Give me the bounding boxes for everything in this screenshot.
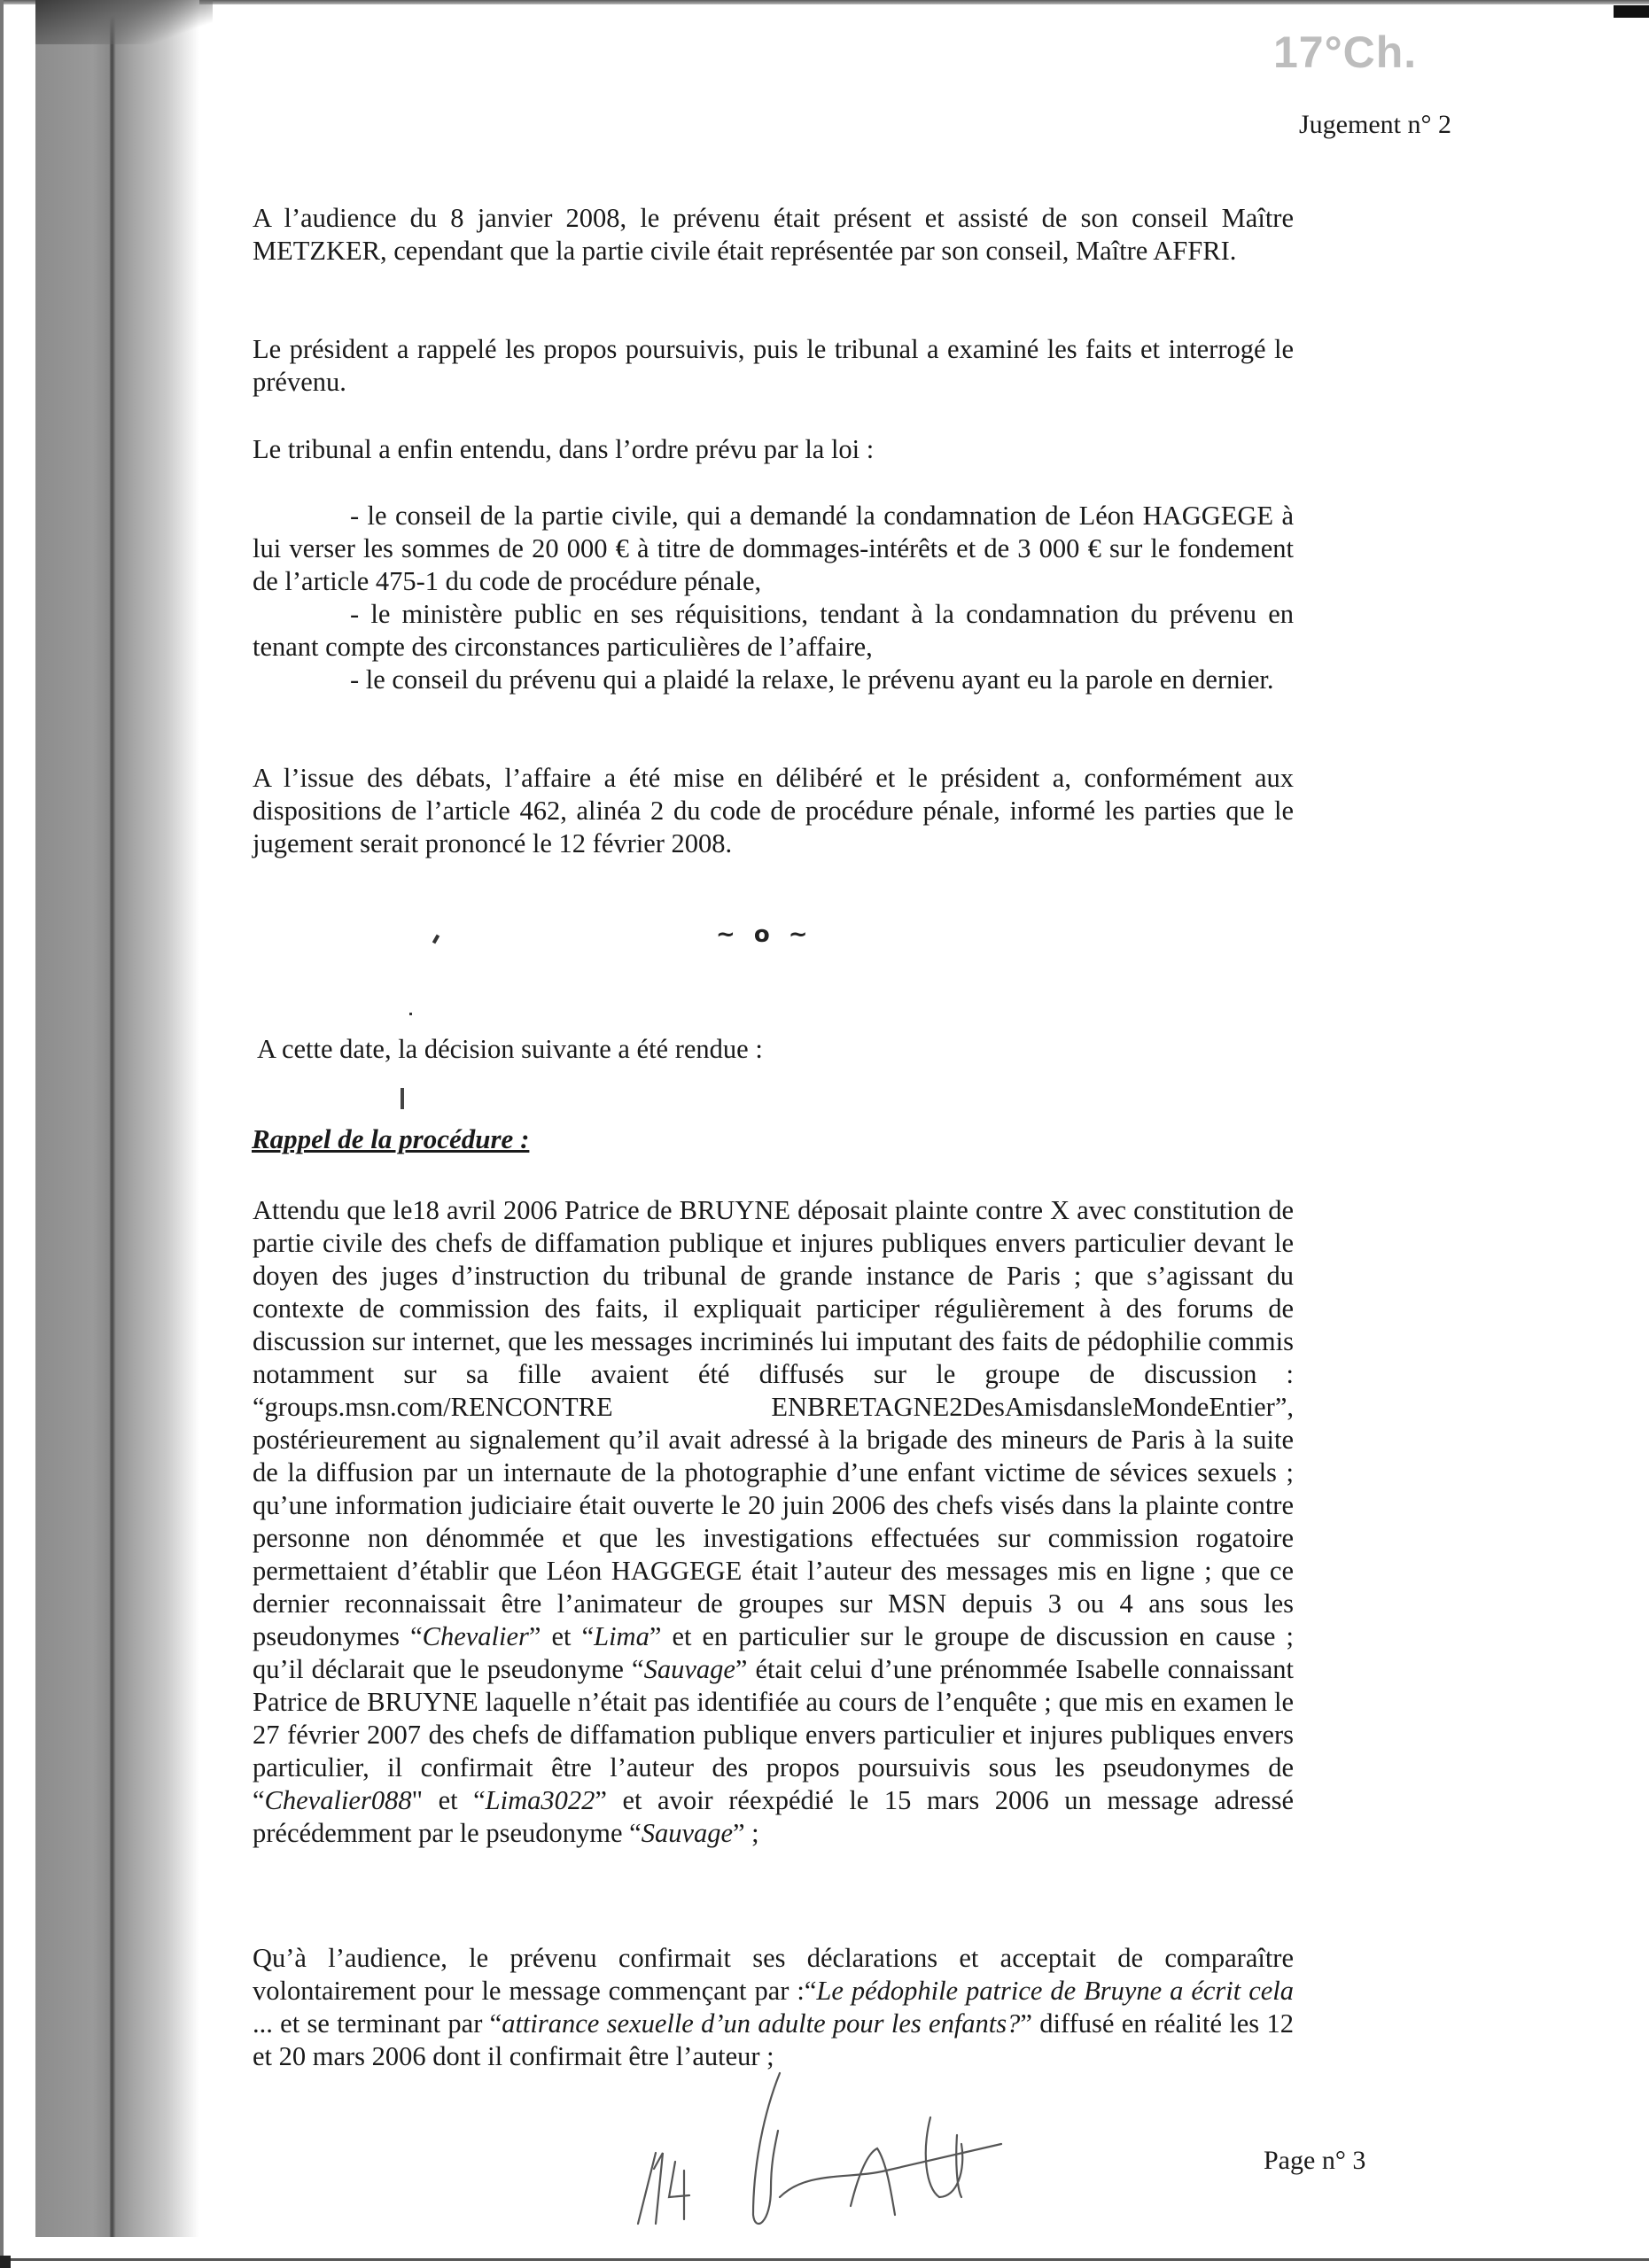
scan-speck	[401, 1088, 404, 1109]
handwritten-signature: 14	[620, 2064, 1170, 2241]
paragraph-president: Le président a rappelé les propos poursu…	[253, 333, 1294, 399]
paragraph-decision: A cette date, la décision suivante a été…	[257, 1033, 1298, 1066]
paragraph-text: Qu’à l’audience, le prévenu confirmait s…	[253, 1942, 1294, 2073]
paragraph-deliberation: A l’issue des débats, l’affaire a été mi…	[253, 762, 1294, 860]
chamber-stamp: 17°Ch.	[1273, 27, 1417, 78]
scan-left-edge	[0, 0, 4, 2268]
scan-top-edge	[0, 0, 1649, 4]
list-item: - le conseil du prévenu qui a plaidé la …	[253, 664, 1294, 696]
scan-corner-mark	[1614, 5, 1649, 18]
scan-speck	[432, 935, 439, 944]
paragraph-tribunal-heard: Le tribunal a enfin entendu, dans l’ordr…	[253, 433, 1294, 466]
section-separator: ~ o ~	[716, 921, 813, 948]
scan-binding-shadow	[35, 0, 199, 2237]
paragraph-text: Le président a rappelé les propos poursu…	[253, 333, 1294, 399]
paragraph-text: A l’audience du 8 janvier 2008, le préve…	[253, 202, 1294, 268]
judgment-number: Jugement n° 2	[1299, 110, 1451, 140]
paragraph-text: A cette date, la décision suivante a été…	[257, 1033, 1298, 1066]
scan-bottom-edge	[0, 2258, 1649, 2261]
list-item: - le conseil de la partie civile, qui a …	[253, 500, 1294, 598]
paragraph-text: Le tribunal a enfin entendu, dans l’ordr…	[253, 433, 1294, 466]
paragraph-hearing: A l’audience du 8 janvier 2008, le préve…	[253, 202, 1294, 268]
paragraph-text: A l’issue des débats, l’affaire a été mi…	[253, 762, 1294, 860]
section-title: Rappel de la procédure :	[252, 1123, 529, 1155]
scan-bottom-corner	[0, 2256, 11, 2268]
list-item: - le ministère public en ses réquisition…	[253, 598, 1294, 664]
page-number: Page n° 3	[1264, 2146, 1365, 2176]
list-parties-heard: - le conseil de la partie civile, qui a …	[253, 500, 1294, 696]
paragraph-hearing-confirmation: Qu’à l’audience, le prévenu confirmait s…	[253, 1942, 1294, 2073]
scan-shadow-corner	[35, 0, 213, 44]
paragraph-text: Attendu que le18 avril 2006 Patrice de B…	[253, 1194, 1294, 1850]
paragraph-procedure: Attendu que le18 avril 2006 Patrice de B…	[253, 1194, 1294, 1850]
scan-speck	[409, 1013, 412, 1015]
